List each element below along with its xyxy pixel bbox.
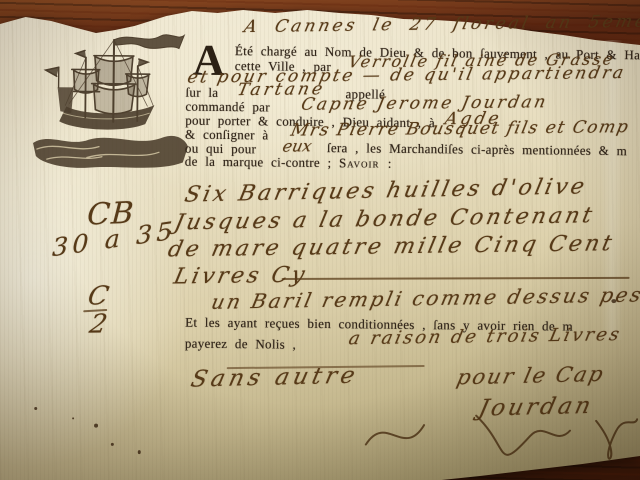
ink-speck [34, 407, 37, 410]
ship-engraving [27, 25, 197, 175]
ink-speck [94, 424, 98, 428]
handwritten-cargo-line-2: Jusques a la bonde Contenant [172, 203, 597, 235]
handwritten-cargo-line-4: Livres Cy [171, 263, 309, 290]
ink-speck [111, 443, 114, 446]
handwritten-cargo-line-3: de mare quatre mille Cinq Cent [166, 231, 617, 262]
ink-speck [611, 299, 616, 303]
handwritten-sans-autre: Sans autre [188, 363, 361, 393]
handwritten-cargo-line-1: Six Barriques huilles d'olive [182, 174, 589, 207]
handwritten-pour-le-cap: pour le Cap [454, 362, 607, 389]
handwritten-rule-line [282, 277, 630, 280]
signature-flourishes [358, 406, 639, 479]
document-content: A Cannes le 27 floreal an 5eme A Été cha… [0, 0, 640, 480]
margin-mark-c: C [85, 281, 111, 311]
handwritten-freight-rate: a raison de trois Livres [347, 324, 624, 349]
ink-speck [72, 417, 74, 419]
printed-marque-savoir: de la marque ci-contre ; Savoir : [185, 154, 393, 172]
handwritten-eux: eux [281, 136, 314, 155]
handwritten-consignee: Mrs Pierre Bousquet fils et Comp [289, 117, 631, 140]
handwritten-date-line: A Cannes le 27 floreal an 5eme [242, 12, 640, 38]
margin-mark-2: 2 [87, 309, 110, 339]
printed-nolis-line: payerez de Nolis , [185, 336, 296, 353]
photo-of-document: A Cannes le 27 floreal an 5eme A Été cha… [0, 0, 640, 480]
handwritten-captain-name: Capne Jerome Jourdan [299, 92, 549, 115]
printed-savoir-label: Savoir : [339, 155, 393, 171]
printed-marque-text: de la marque ci-contre ; [185, 154, 339, 171]
ink-speck [138, 450, 141, 454]
